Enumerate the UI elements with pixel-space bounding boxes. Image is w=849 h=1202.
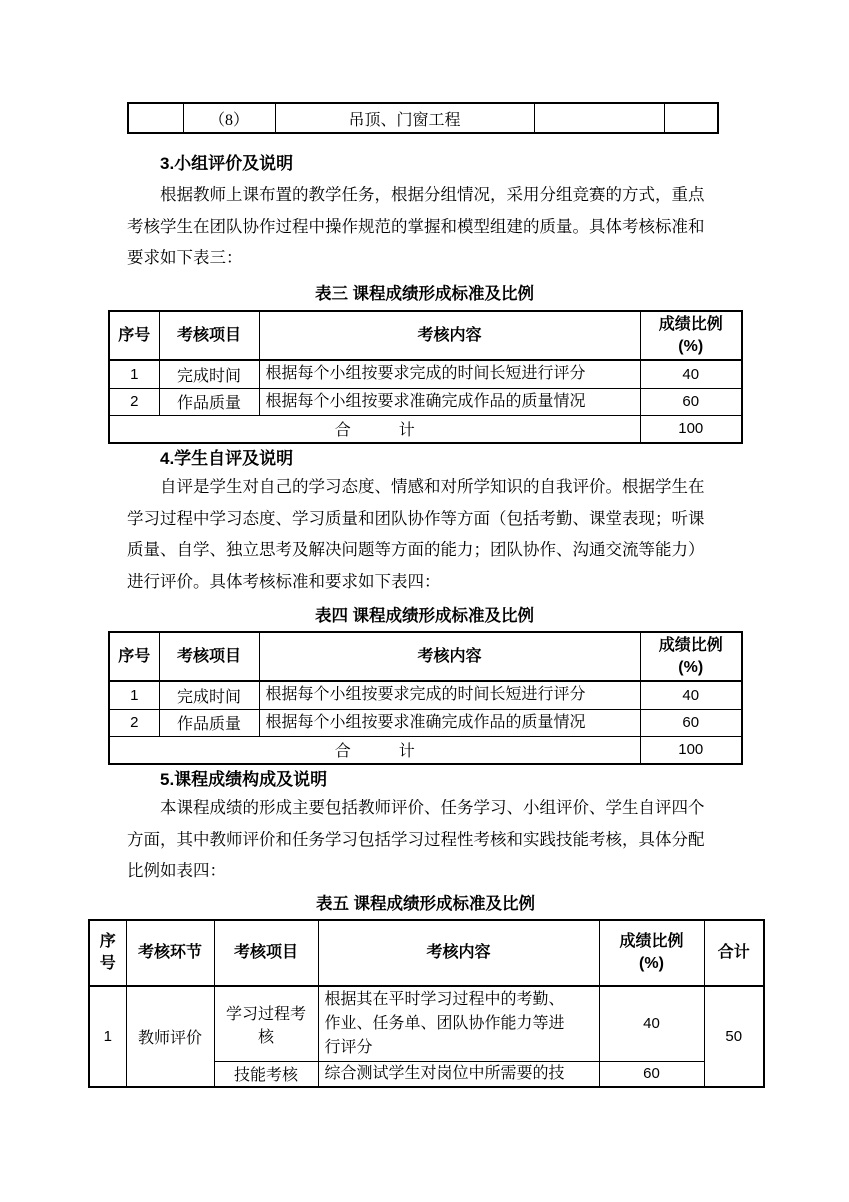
section4-heading: 4.学生自评及说明 <box>127 447 293 471</box>
cell-total-value: 100 <box>640 415 742 443</box>
table4: 序号 考核项目 考核内容 成绩比例 (%) 1 完成时间 根据每个小组按要求完成… <box>108 631 743 765</box>
cell-item: 作品质量 <box>159 388 259 415</box>
cell-item: 完成时间 <box>159 681 259 709</box>
column-header-ratio: 成绩比例 (%) <box>640 311 742 360</box>
cell-seq: 1 <box>109 681 159 709</box>
column-header-ratio: 成绩比例 (%) <box>599 920 704 986</box>
table-header-row: 序 号 考核环节 考核项目 考核内容 成绩比例 (%) 合计 <box>89 920 764 986</box>
column-header-item: 考核项目 <box>214 920 318 986</box>
cell-total-label: 合 计 <box>109 415 640 443</box>
cell-content: 根据每个小组按要求完成的时间长短进行评分 <box>259 681 640 709</box>
table3: 序号 考核项目 考核内容 成绩比例 (%) 1 完成时间 根据每个小组按要求完成… <box>108 310 743 444</box>
column-header-seq: 序 号 <box>89 920 126 986</box>
cell-total-value: 100 <box>640 736 742 764</box>
cell-ratio: 40 <box>640 681 742 709</box>
table-header-row: 序号 考核项目 考核内容 成绩比例 (%) <box>109 632 742 681</box>
cell-item: 作品质量 <box>159 709 259 736</box>
cell-seq: 1 <box>89 986 126 1087</box>
column-header-content: 考核内容 <box>259 632 640 681</box>
section3-paragraph: 根据教师上课布置的教学任务，根据分组情况，采用分组竞赛的方式，重点 考核学生在团… <box>127 179 705 274</box>
table-cell <box>664 103 718 133</box>
table-cell: （8） <box>183 103 275 133</box>
cell-ratio: 40 <box>640 360 742 388</box>
cell-ratio: 40 <box>599 986 704 1061</box>
cell-content: 综合测试学生对岗位中所需要的技 <box>318 1061 599 1087</box>
cell-content: 根据其在平时学习过程中的考勤、 作业、任务单、团队协作能力等进 行评分 <box>318 986 599 1061</box>
cell-content: 根据每个小组按要求准确完成作品的质量情况 <box>259 709 640 736</box>
cell-item: 技能考核 <box>214 1061 318 1087</box>
document-page: （8） 吊顶、门窗工程 3.小组评价及说明 根据教师上课布置的教学任务，根据分组… <box>0 0 849 1202</box>
cell-ratio: 60 <box>599 1061 704 1087</box>
cell-seq: 1 <box>109 360 159 388</box>
column-header-item: 考核项目 <box>159 632 259 681</box>
table-row: 2 作品质量 根据每个小组按要求准确完成作品的质量情况 60 <box>109 388 742 415</box>
table-cell <box>534 103 664 133</box>
cell-phase: 教师评价 <box>126 986 214 1087</box>
table-header-row: 序号 考核项目 考核内容 成绩比例 (%) <box>109 311 742 360</box>
cell-ratio: 60 <box>640 709 742 736</box>
column-header-item: 考核项目 <box>159 311 259 360</box>
column-header-seq: 序号 <box>109 311 159 360</box>
table-cell: 吊顶、门窗工程 <box>275 103 534 133</box>
cell-item: 完成时间 <box>159 360 259 388</box>
table3-title: 表三 课程成绩形成标准及比例 <box>108 283 741 305</box>
table-row: 2 作品质量 根据每个小组按要求准确完成作品的质量情况 60 <box>109 709 742 736</box>
table-cell <box>128 103 183 133</box>
table5-title: 表五 课程成绩形成标准及比例 <box>88 893 763 915</box>
cell-ratio: 60 <box>640 388 742 415</box>
column-header-ratio: 成绩比例 (%) <box>640 632 742 681</box>
cell-total-label: 合 计 <box>109 736 640 764</box>
column-header-content: 考核内容 <box>318 920 599 986</box>
column-header-phase: 考核环节 <box>126 920 214 986</box>
section5-paragraph: 本课程成绩的形成主要包括教师评价、任务学习、小组评价、学生自评四个 方面，其中教… <box>127 792 705 887</box>
top-table-fragment: （8） 吊顶、门窗工程 <box>127 102 719 134</box>
table-total-row: 合 计 100 <box>109 415 742 443</box>
table4-title: 表四 课程成绩形成标准及比例 <box>108 605 741 627</box>
cell-total: 50 <box>704 986 764 1087</box>
table-row: 1 教师评价 学习过程考 核 根据其在平时学习过程中的考勤、 作业、任务单、团队… <box>89 986 764 1061</box>
table-row: 1 完成时间 根据每个小组按要求完成的时间长短进行评分 40 <box>109 360 742 388</box>
section5-heading: 5.课程成绩构成及说明 <box>127 768 327 792</box>
cell-seq: 2 <box>109 709 159 736</box>
column-header-total: 合计 <box>704 920 764 986</box>
cell-content: 根据每个小组按要求完成的时间长短进行评分 <box>259 360 640 388</box>
cell-seq: 2 <box>109 388 159 415</box>
cell-item: 学习过程考 核 <box>214 986 318 1061</box>
cell-content: 根据每个小组按要求准确完成作品的质量情况 <box>259 388 640 415</box>
table5: 序 号 考核环节 考核项目 考核内容 成绩比例 (%) 合计 1 教师评价 学习… <box>88 919 765 1088</box>
section3-heading: 3.小组评价及说明 <box>127 152 293 176</box>
table-row: （8） 吊顶、门窗工程 <box>128 103 718 133</box>
column-header-content: 考核内容 <box>259 311 640 360</box>
table-row: 1 完成时间 根据每个小组按要求完成的时间长短进行评分 40 <box>109 681 742 709</box>
column-header-seq: 序号 <box>109 632 159 681</box>
section4-paragraph: 自评是学生对自己的学习态度、情感和对所学知识的自我评价。根据学生在 学习过程中学… <box>127 471 705 597</box>
table-total-row: 合 计 100 <box>109 736 742 764</box>
